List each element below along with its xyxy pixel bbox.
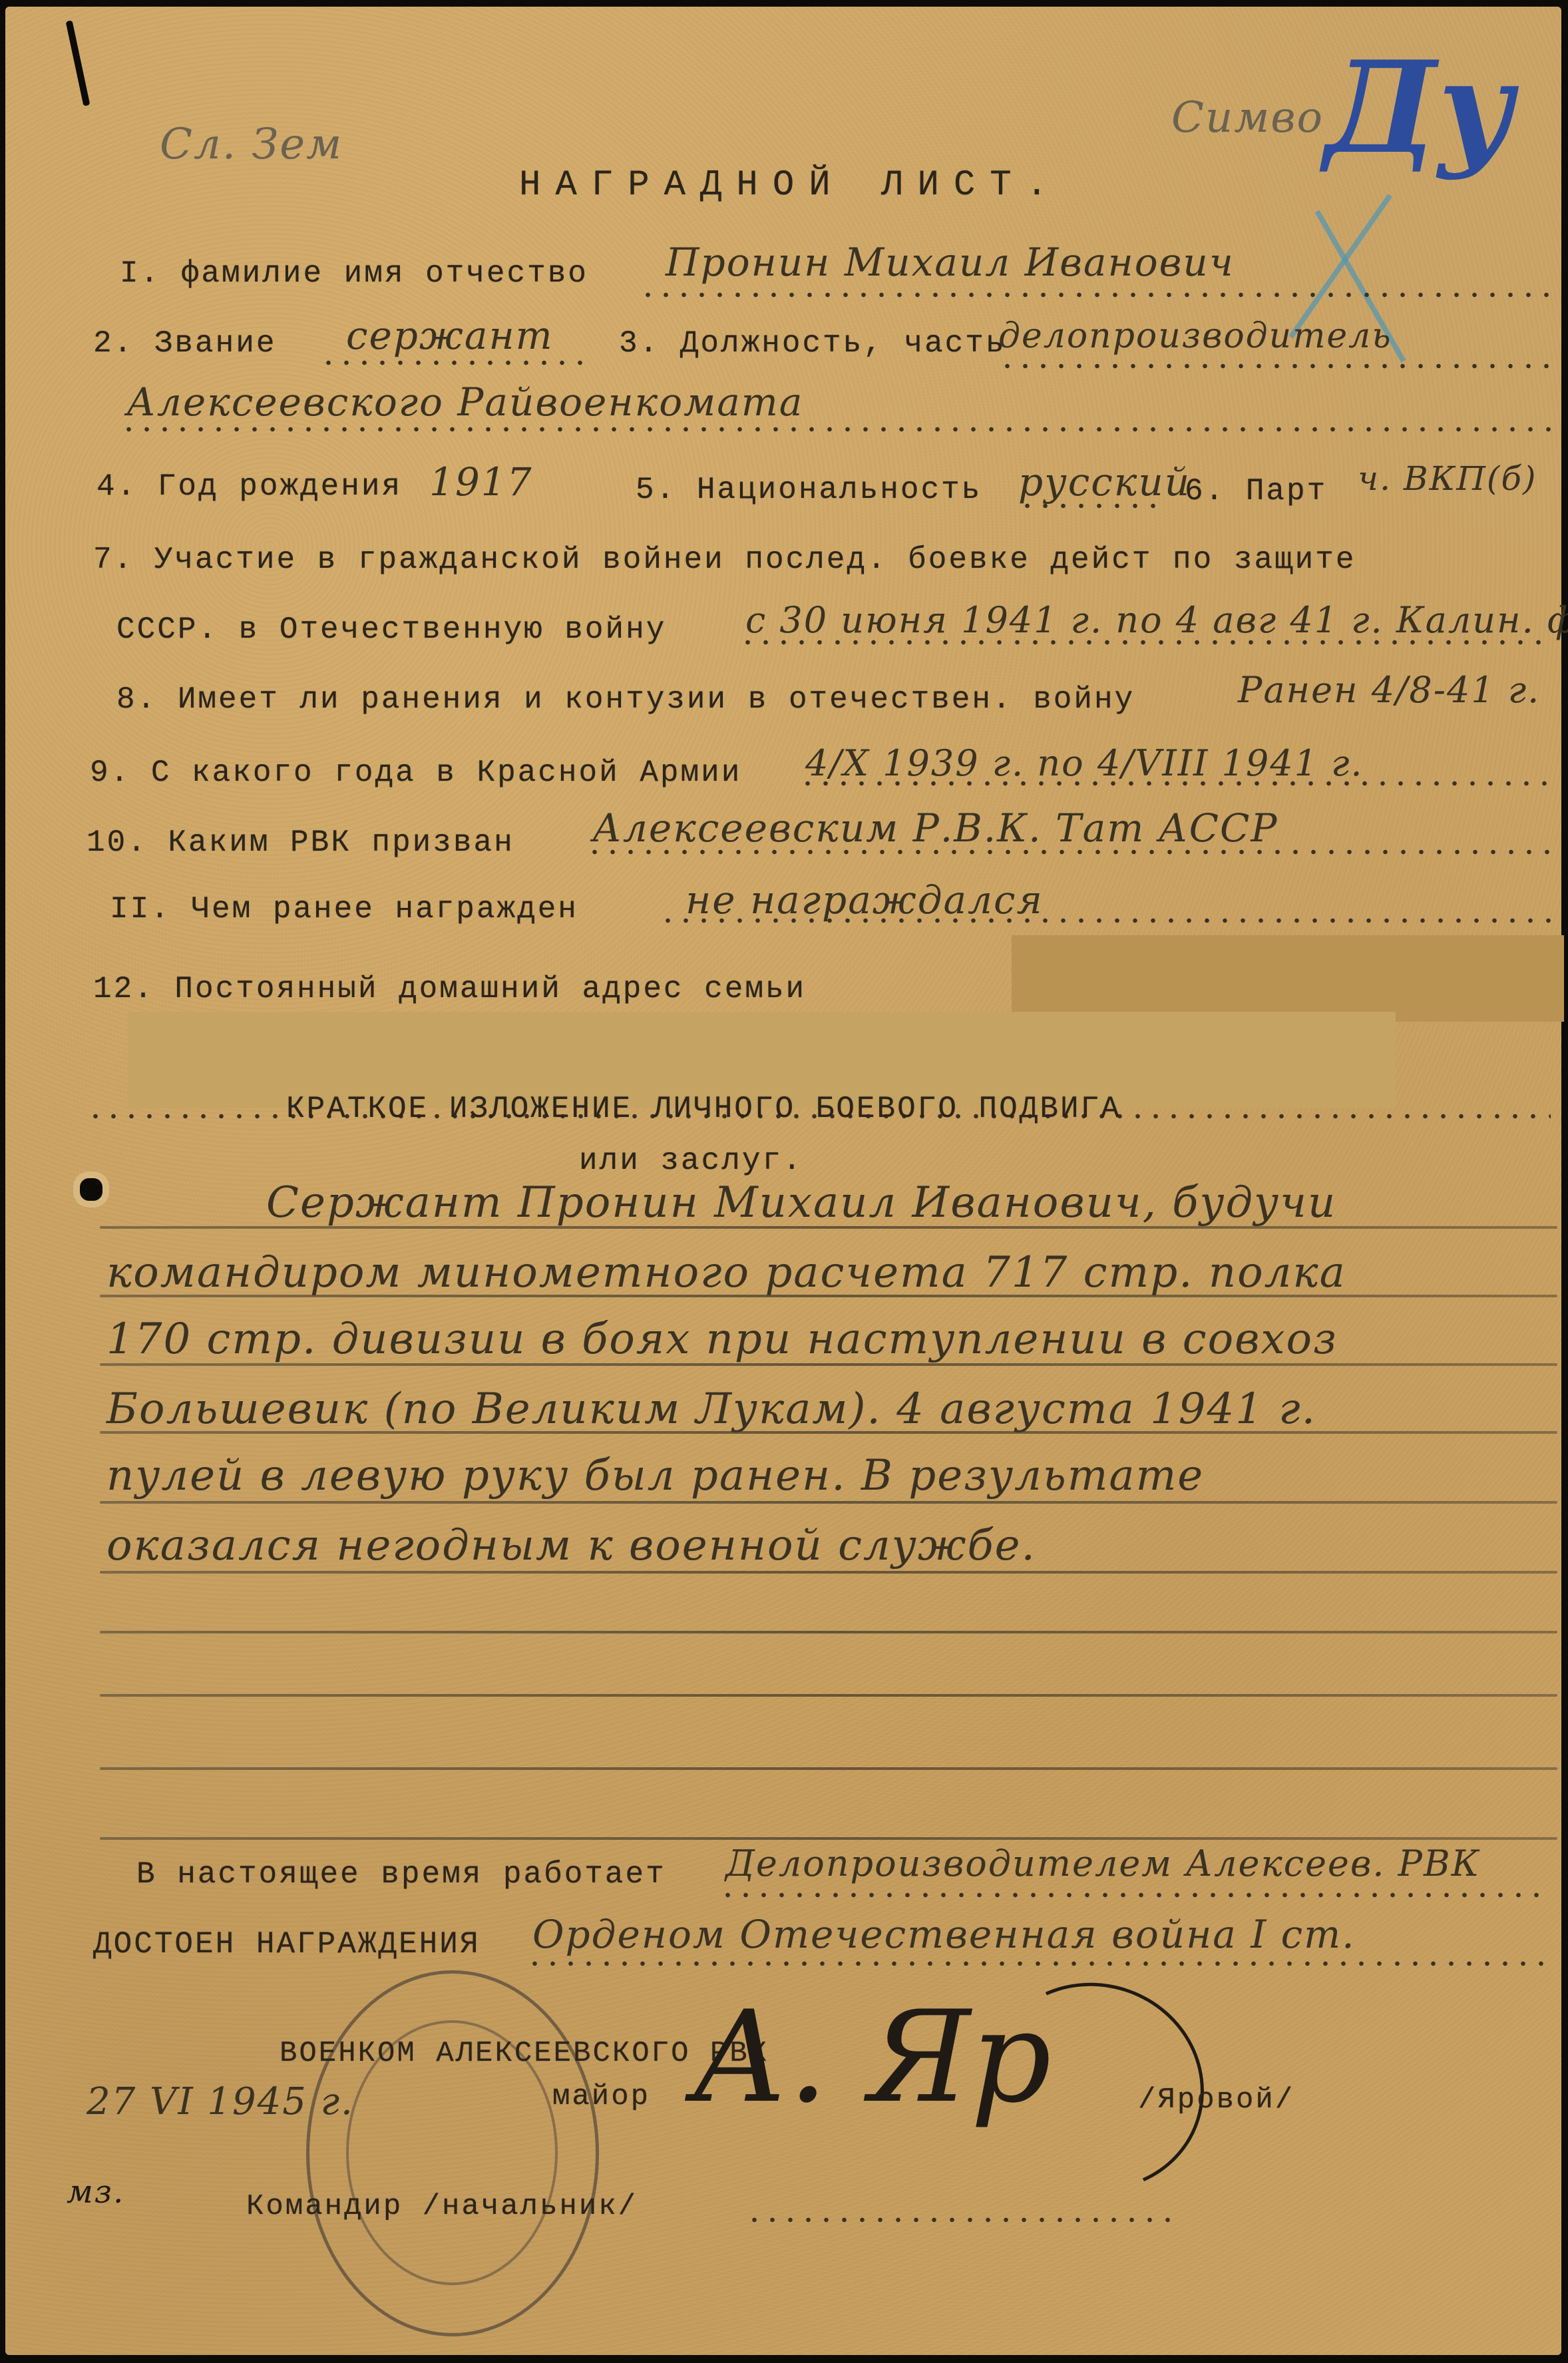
dotted-line bbox=[799, 780, 1551, 787]
ruled-line bbox=[100, 1363, 1557, 1366]
dotted-line bbox=[639, 292, 1551, 298]
official-stamp bbox=[306, 1970, 599, 2336]
signer-name: /Яровой/ bbox=[1138, 2083, 1294, 2117]
field-6-value: ч. ВКП(б) bbox=[1358, 459, 1537, 498]
section-title: КРАТКОЕ ИЗЛОЖЕНИЕ ЛИЧНОГО БОЕВОГО ПОДВИГ… bbox=[286, 1092, 1121, 1126]
blue-pencil-annotation: Ду bbox=[1324, 33, 1515, 182]
document-title: НАГРАДНОЙ ЛИСТ. bbox=[519, 165, 1062, 206]
field-1-label: I. фамилие имя отчество bbox=[120, 256, 588, 291]
field-2-label: 2. Звание bbox=[93, 326, 276, 361]
field-5-value: русский bbox=[1018, 459, 1191, 505]
dotted-line bbox=[739, 639, 1551, 646]
field-8-value: Ранен 4/8-41 г. bbox=[1238, 669, 1540, 711]
field-10-label: 10. Каким РВК призван bbox=[87, 825, 514, 860]
award-label: ДОСТОЕН НАГРАЖДЕНИЯ bbox=[93, 1927, 481, 1962]
pencil-annotation-top-right: Симво bbox=[1171, 93, 1324, 142]
body-line: командиром минометного расчета 717 стр. … bbox=[106, 1248, 1346, 1297]
field-1-value: Пронин Михаил Иванович bbox=[666, 240, 1235, 285]
dotted-line bbox=[1018, 503, 1158, 509]
field-11-value: не награждался bbox=[686, 877, 1044, 923]
signature-role-label: Командир /начальник/ bbox=[246, 2190, 638, 2223]
field-6-label: 6. Парт bbox=[1185, 474, 1327, 509]
field-7-label-line2: СССР. в Отечественную войну bbox=[116, 612, 666, 647]
field-9-label: 9. С какого года в Красной Армии bbox=[90, 755, 741, 790]
award-value: Орденом Отечественная война I ст. bbox=[532, 1912, 1356, 1957]
dotted-line bbox=[319, 359, 586, 366]
ruled-line bbox=[100, 1767, 1557, 1770]
ruled-line bbox=[100, 1431, 1557, 1434]
field-12-label: 12. Постоянный домашний адрес семьи bbox=[93, 972, 806, 1006]
body-line: Большевик (по Великим Лукам). 4 августа … bbox=[106, 1385, 1316, 1434]
body-line: 170 стр. дивизии в боях при наступлении … bbox=[106, 1315, 1338, 1364]
body-line: Сержант Пронин Михаил Иванович, будучи bbox=[266, 1178, 1336, 1227]
field-3-label: 3. Должность, часть bbox=[619, 326, 1006, 361]
ruled-line bbox=[100, 1226, 1557, 1229]
field-4-label: 4. Год рождения bbox=[97, 469, 402, 504]
field-7-value: с 30 июня 1941 г. по 4 авг 41 г. Калин. … bbox=[745, 599, 1568, 641]
field-4-value: 1917 bbox=[429, 459, 533, 505]
dotted-line bbox=[586, 849, 1551, 855]
ruled-line bbox=[100, 1694, 1557, 1697]
field-2-value: сержант bbox=[346, 313, 554, 358]
dotted-line bbox=[745, 2217, 1171, 2223]
punch-hole bbox=[80, 1178, 102, 1201]
ruled-line bbox=[100, 1837, 1557, 1840]
body-line: оказался негодным к военной службе. bbox=[106, 1521, 1036, 1570]
field-7-label-line1: 7. Участие в гражданской войнеи послед. … bbox=[93, 542, 1356, 577]
dotted-line bbox=[526, 1960, 1551, 1967]
current-work-label: В настоящее время работает bbox=[136, 1857, 666, 1892]
field-3-value: делопроизводитель bbox=[998, 316, 1392, 356]
section-subtitle: или заслуг. bbox=[579, 1144, 803, 1178]
body-line: пулей в левую руку был ранен. В результа… bbox=[106, 1451, 1204, 1500]
field-10-value: Алексеевским Р.В.К. Тат АССР bbox=[592, 805, 1278, 851]
field-8-label: 8. Имеет ли ранения и контузии в отечест… bbox=[116, 682, 1135, 717]
field-5-label: 5. Национальность bbox=[636, 473, 982, 507]
ruled-line bbox=[100, 1501, 1557, 1504]
rank-label: майор bbox=[552, 2080, 650, 2113]
dotted-line bbox=[998, 363, 1551, 369]
current-work-value: Делопроизводителем Алексеев. РВК bbox=[725, 1842, 1480, 1884]
dotted-line bbox=[719, 1892, 1551, 1898]
dotted-line bbox=[659, 917, 1551, 924]
margin-mark: мз. bbox=[67, 2173, 124, 2211]
field-3-value-line2: Алексеевского Райвоенкомата bbox=[126, 379, 803, 425]
date-value: 27 VI 1945 г. bbox=[87, 2080, 354, 2123]
field-11-label: II. Чем ранее награжден bbox=[110, 892, 578, 927]
redaction-block bbox=[1012, 935, 1564, 1022]
dotted-line bbox=[120, 426, 1551, 433]
pencil-annotation-top-left: Сл. Зем bbox=[160, 120, 343, 169]
ruled-line bbox=[100, 1631, 1557, 1633]
ruled-line bbox=[100, 1571, 1557, 1574]
field-9-value: 4/X 1939 г. по 4/VIII 1941 г. bbox=[805, 742, 1364, 784]
ruled-line bbox=[100, 1295, 1557, 1297]
